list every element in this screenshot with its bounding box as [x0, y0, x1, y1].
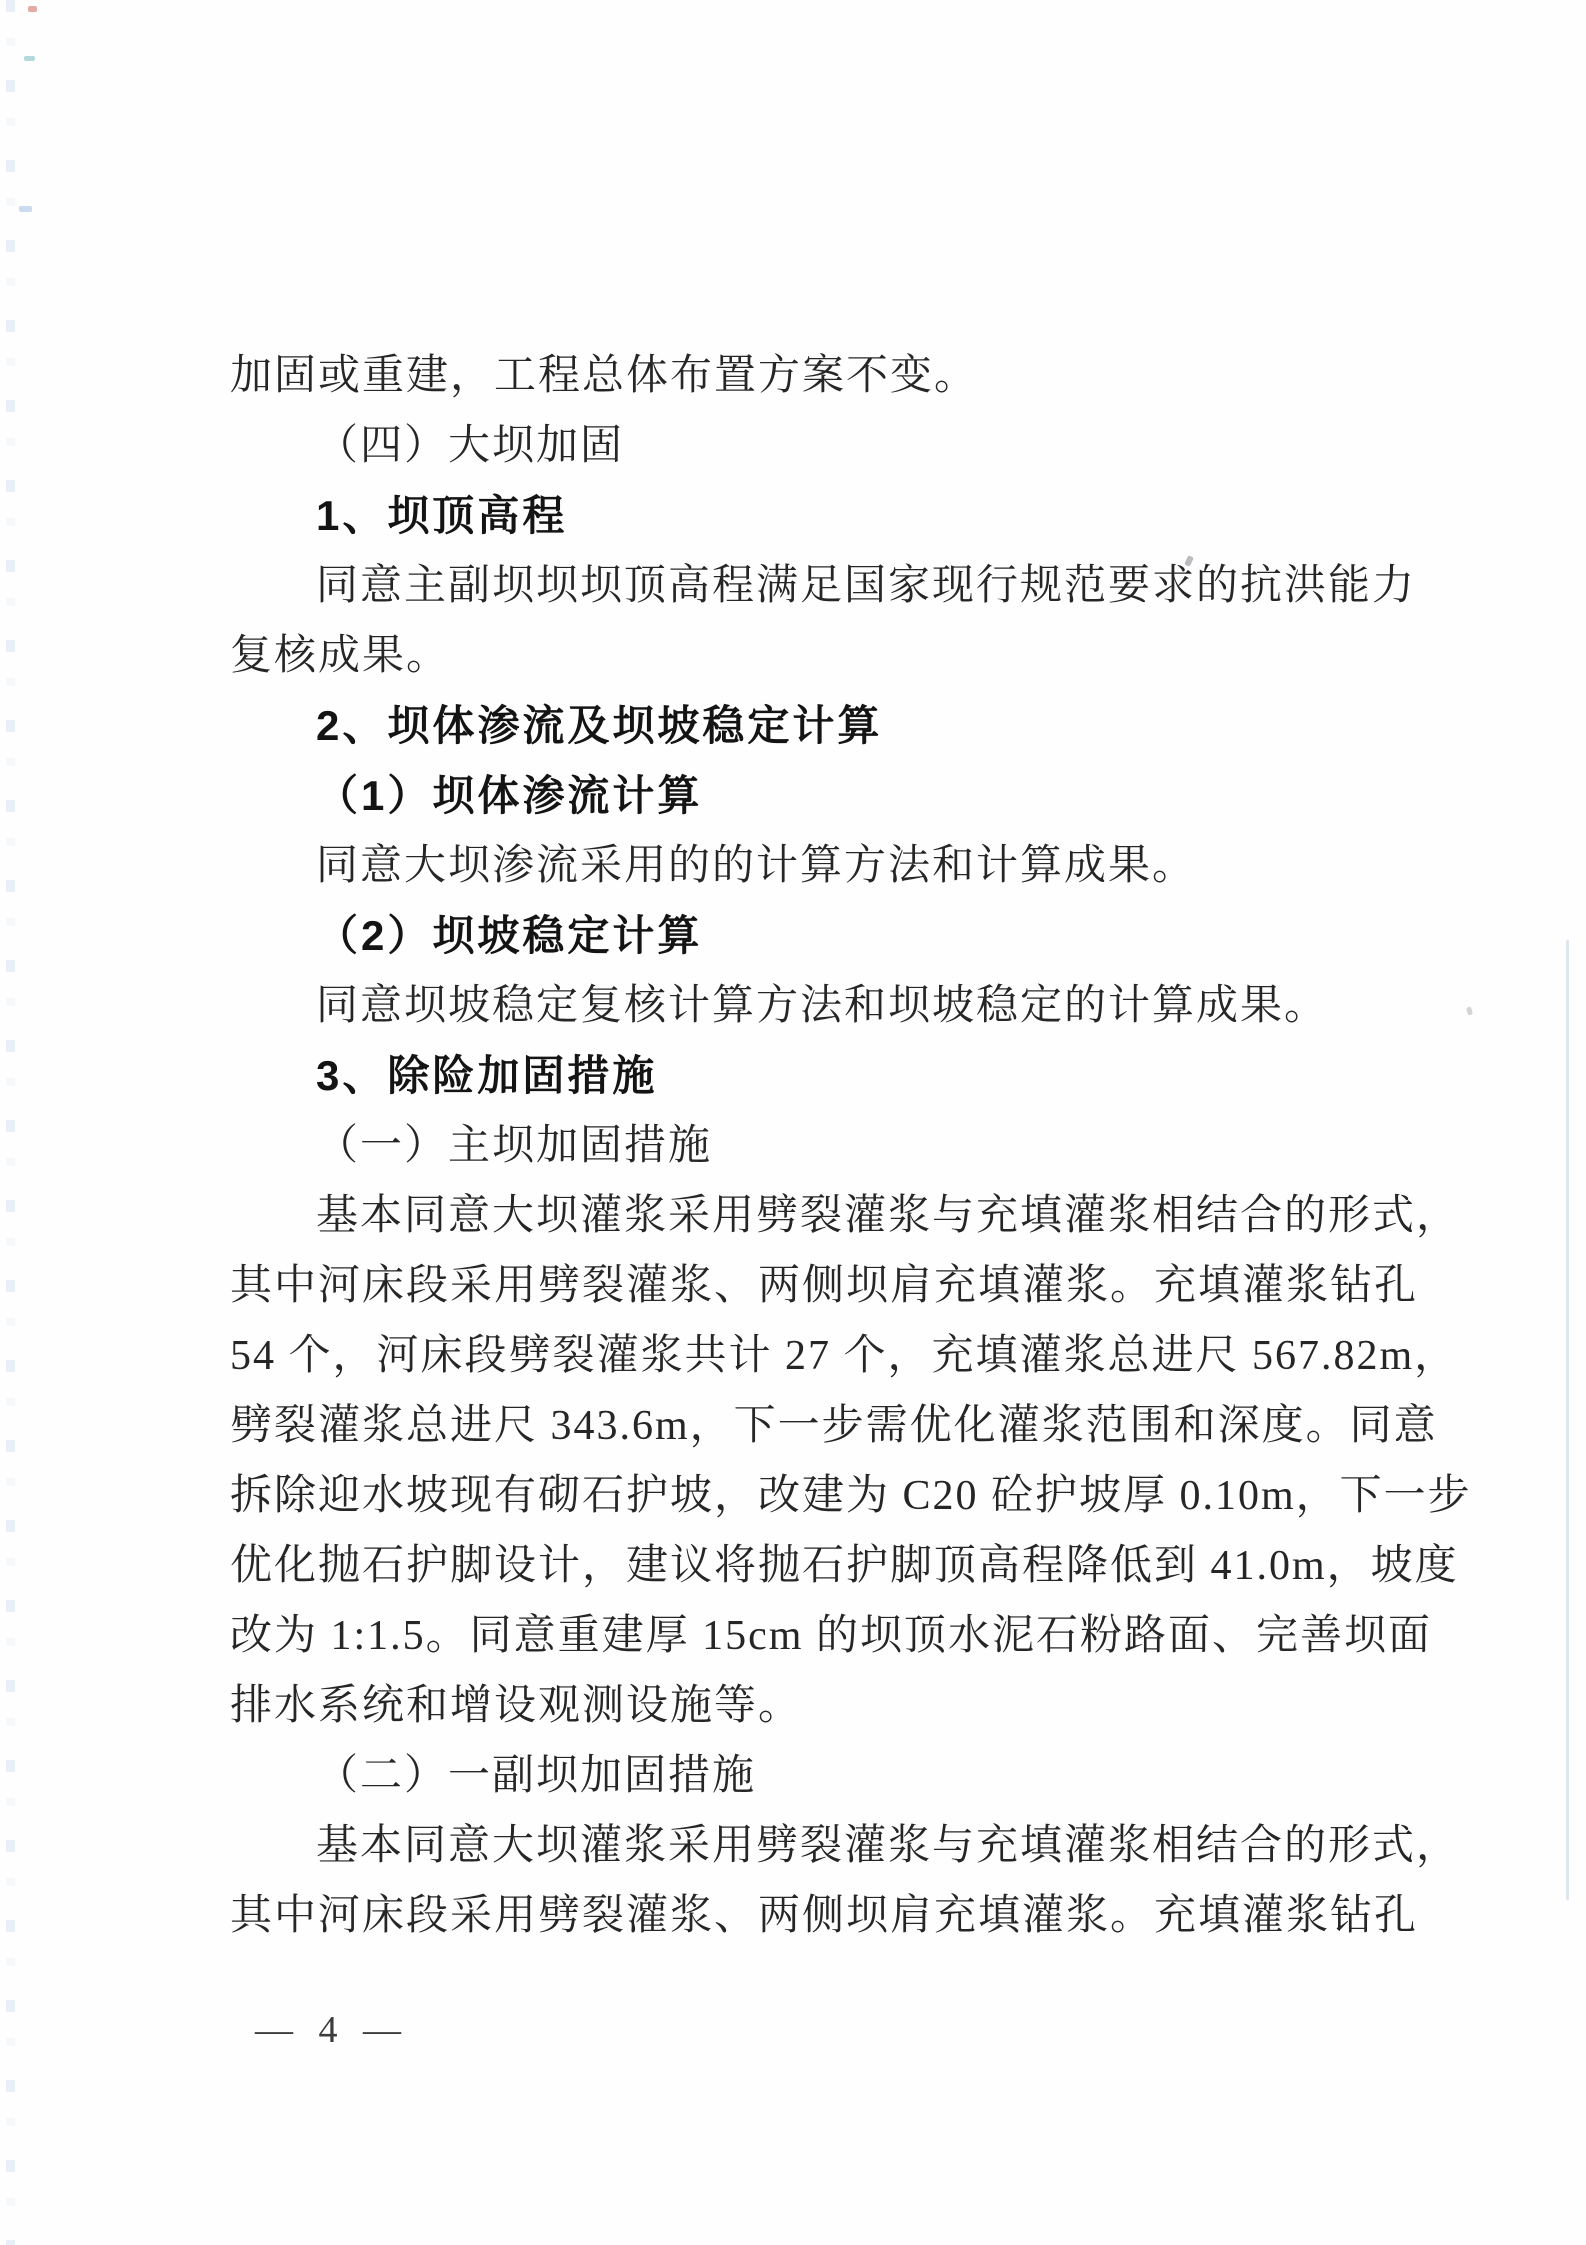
scan-speck	[28, 6, 37, 12]
text-line: （四）大坝加固	[230, 415, 1260, 485]
text-line: 排水系统和增设观测设施等。	[230, 1675, 1260, 1745]
text-line: 其中河床段采用劈裂灌浆、两侧坝肩充填灌浆。充填灌浆钻孔	[230, 1885, 1260, 1955]
text-line: （1）坝体渗流计算	[230, 765, 1260, 835]
scan-edge-artifact-right	[1566, 940, 1569, 1900]
text-line: 同意主副坝坝坝顶高程满足国家现行规范要求的抗洪能力	[230, 555, 1260, 625]
text-line: （二）一副坝加固措施	[230, 1745, 1260, 1815]
text-line: 其中河床段采用劈裂灌浆、两侧坝肩充填灌浆。充填灌浆钻孔	[230, 1255, 1260, 1325]
scan-speck	[1466, 1006, 1473, 1015]
text-line: 劈裂灌浆总进尺 343.6m，下一步需优化灌浆范围和深度。同意	[230, 1395, 1260, 1465]
text-line: 2、坝体渗流及坝坡稳定计算	[230, 695, 1260, 765]
text-line: 1、坝顶高程	[230, 485, 1260, 555]
text-line: 拆除迎水坡现有砌石护坡，改建为 C20 砼护坡厚 0.10m，下一步	[230, 1465, 1260, 1535]
page-number: — 4 —	[255, 2008, 409, 2052]
scan-speck	[19, 206, 32, 212]
scan-edge-artifact-left	[6, 0, 15, 2245]
text-line: 54 个，河床段劈裂灌浆共计 27 个，充填灌浆总进尺 567.82m，	[230, 1325, 1260, 1395]
text-line: 同意坝坡稳定复核计算方法和坝坡稳定的计算成果。	[230, 975, 1260, 1045]
text-line: 优化抛石护脚设计，建议将抛石护脚顶高程降低到 41.0m，坡度	[230, 1535, 1260, 1605]
text-line: （一）主坝加固措施	[230, 1115, 1260, 1185]
scanned-document-page: 加固或重建，工程总体布置方案不变。（四）大坝加固1、坝顶高程同意主副坝坝坝顶高程…	[0, 0, 1586, 2245]
text-line: 复核成果。	[230, 625, 1260, 695]
document-body: 加固或重建，工程总体布置方案不变。（四）大坝加固1、坝顶高程同意主副坝坝坝顶高程…	[230, 345, 1260, 1955]
text-line: 同意大坝渗流采用的的计算方法和计算成果。	[230, 835, 1260, 905]
text-line: 改为 1:1.5。同意重建厚 15cm 的坝顶水泥石粉路面、完善坝面	[230, 1605, 1260, 1675]
text-line: 基本同意大坝灌浆采用劈裂灌浆与充填灌浆相结合的形式，	[230, 1815, 1260, 1885]
text-line: 加固或重建，工程总体布置方案不变。	[230, 345, 1260, 415]
text-line: 3、除险加固措施	[230, 1045, 1260, 1115]
text-line: 基本同意大坝灌浆采用劈裂灌浆与充填灌浆相结合的形式，	[230, 1185, 1260, 1255]
scan-speck	[24, 56, 35, 61]
text-line: （2）坝坡稳定计算	[230, 905, 1260, 975]
